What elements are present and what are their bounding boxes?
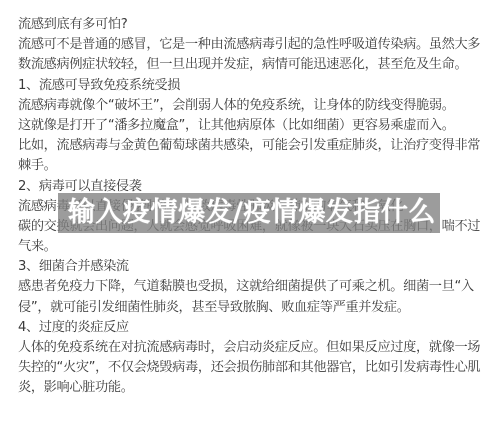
paragraph-line: 气来。: [18, 237, 492, 257]
section-heading-1: 1、流感可导致免疫系统受损: [18, 76, 492, 96]
paragraph-line: 流感病毒就像个“破坏王”，会削弱人体的免疫系统，让身体的防线变得脆弱。: [18, 96, 492, 116]
paragraph-line: 感患者免疫力下降，气道黏膜也受损，这就给细菌提供了可乘之机。细菌一旦“入: [18, 277, 492, 297]
section-heading-3: 3、细菌合并感染流: [18, 257, 492, 277]
paragraph-line: 侵”，就可能引发细菌性肺炎，甚至导致脓胸、败血症等严重并发症。: [18, 298, 492, 318]
paragraph-line: 比如，流感病毒与金黄色葡萄球菌共感染，可能会引发重症肺炎，让治疗变得非常: [18, 136, 492, 156]
paragraph-line: 人体的免疫系统在对抗流感病毒时，会启动炎症反应。但如果反应过度，就像一场: [18, 338, 492, 358]
paragraph-line: 这就像是打开了“潘多拉魔盒”，让其他病原体（比如细菌）更容易乘虚而入。: [18, 116, 492, 136]
overlay-title: 输入疫情爆发/疫情爆发指什么: [68, 193, 436, 233]
paragraph-line: 流感可不是普通的感冒，它是一种由流感病毒引起的急性呼吸道传染病。虽然大多: [18, 35, 492, 55]
paragraph-line: 数流感病例症状较轻，但一旦出现并发症，病情可能迅速恶化，甚至危及生命。: [18, 55, 492, 75]
section-heading-4: 4、过度的炎症反应: [18, 318, 492, 338]
paragraph-line: 失控的“火灾”，不仅会烧毁病毒，还会损伤肺部和其他器官，比如引发病毒性心肌: [18, 358, 492, 378]
paragraph-line: 棘手。: [18, 156, 492, 176]
article-heading: 流感到底有多可怕?: [18, 15, 492, 35]
paragraph-line: 炎，影响心脏功能。: [18, 378, 492, 398]
